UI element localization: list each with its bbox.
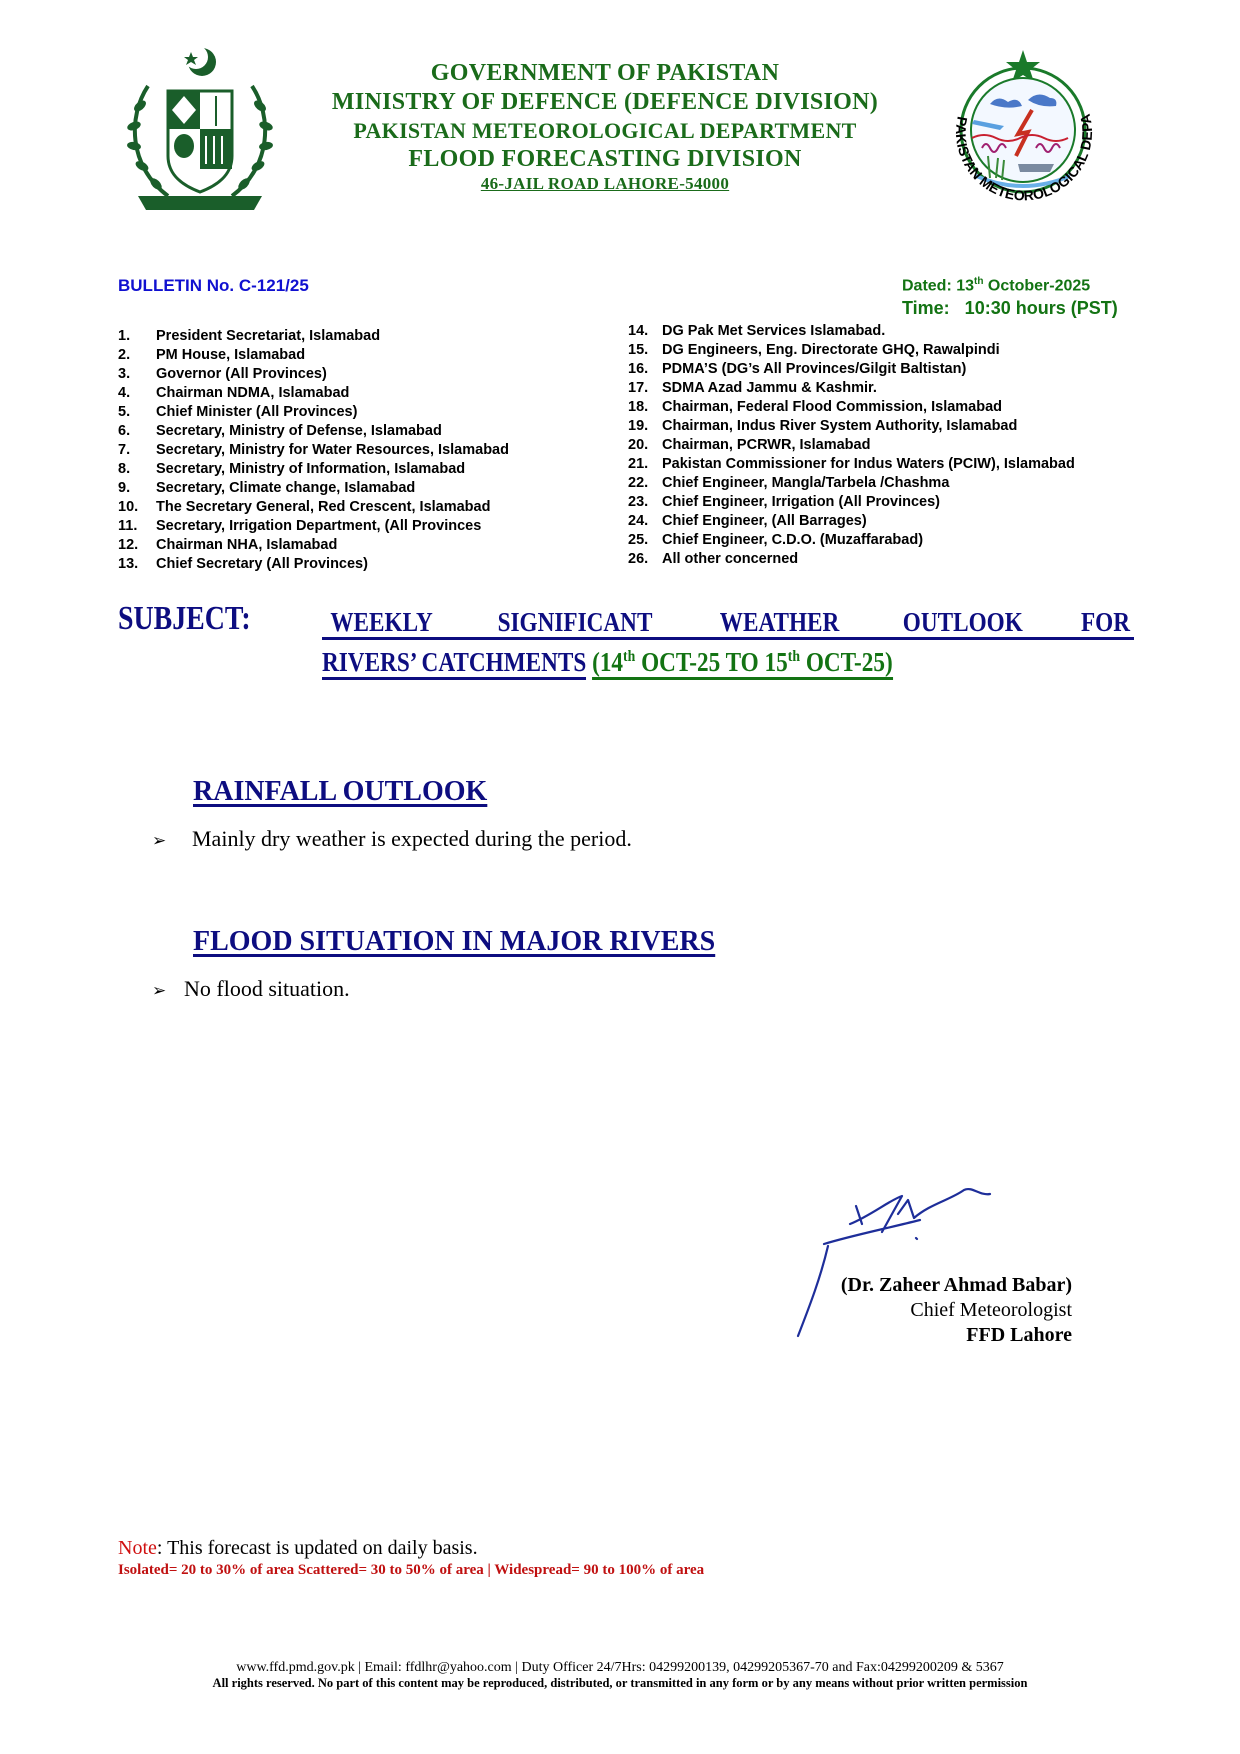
distribution-item-number: 1.	[118, 327, 156, 346]
subject-catchments: RIVERS’ CATCHMENTS	[322, 647, 586, 680]
distribution-item: 23.Chief Engineer, Irrigation (All Provi…	[628, 493, 1075, 512]
distribution-item: 21.Pakistan Commissioner for Indus Water…	[628, 455, 1075, 474]
distribution-item: 8.Secretary, Ministry of Information, Is…	[118, 460, 509, 479]
distribution-item-text: President Secretariat, Islamabad	[156, 327, 380, 346]
distribution-item-text: DG Pak Met Services Islamabad.	[662, 322, 885, 341]
distribution-item: 12.Chairman NHA, Islamabad	[118, 536, 509, 555]
distribution-item: 13.Chief Secretary (All Provinces)	[118, 555, 509, 574]
coverage-legend: Isolated= 20 to 30% of area Scattered= 3…	[118, 1562, 704, 1579]
distribution-list-right: 14.DG Pak Met Services Islamabad.15.DG E…	[628, 322, 1075, 569]
distribution-item: 18.Chairman, Federal Flood Commission, I…	[628, 398, 1075, 417]
subject-word: WEATHER	[719, 607, 839, 637]
distribution-item: 10.The Secretary General, Red Crescent, …	[118, 498, 509, 517]
distribution-item: 14.DG Pak Met Services Islamabad.	[628, 322, 1075, 341]
distribution-item: 15.DG Engineers, Eng. Directorate GHQ, R…	[628, 341, 1075, 360]
distribution-item-number: 24.	[628, 512, 662, 531]
distribution-item-text: Chief Engineer, (All Barrages)	[662, 512, 867, 531]
subject-line-1: WEEKLYSIGNIFICANTWEATHEROUTLOOKFOR	[322, 607, 1134, 640]
distribution-item: 25.Chief Engineer, C.D.O. (Muzaffarabad)	[628, 531, 1075, 550]
distribution-item: 9.Secretary, Climate change, Islamabad	[118, 479, 509, 498]
distribution-item-number: 5.	[118, 403, 156, 422]
distribution-item-number: 25.	[628, 531, 662, 550]
distribution-item-number: 21.	[628, 455, 662, 474]
period-sup-2: th	[788, 648, 800, 665]
distribution-item-number: 18.	[628, 398, 662, 417]
distribution-item-number: 4.	[118, 384, 156, 403]
distribution-item-number: 13.	[118, 555, 156, 574]
distribution-item-text: All other concerned	[662, 550, 798, 569]
forecast-note: Note: This forecast is updated on daily …	[118, 1537, 478, 1560]
distribution-item-number: 15.	[628, 341, 662, 360]
note-label: Note	[118, 1537, 157, 1559]
bulletin-number: BULLETIN No. C-121/25	[118, 276, 309, 296]
distribution-item: 11.Secretary, Irrigation Department, (Al…	[118, 517, 509, 536]
distribution-item: 6.Secretary, Ministry of Defense, Islama…	[118, 422, 509, 441]
period-mid: OCT-25 TO 15	[635, 647, 787, 677]
distribution-item-number: 20.	[628, 436, 662, 455]
footer-rights: All rights reserved. No part of this con…	[0, 1676, 1240, 1691]
distribution-item-text: SDMA Azad Jammu & Kashmir.	[662, 379, 877, 398]
distribution-item-text: Secretary, Climate change, Islamabad	[156, 479, 415, 498]
flood-situation-heading: FLOOD SITUATION IN MAJOR RIVERS	[193, 926, 715, 958]
distribution-item: 7.Secretary, Ministry for Water Resource…	[118, 441, 509, 460]
distribution-item-number: 2.	[118, 346, 156, 365]
distribution-item-text: Secretary, Irrigation Department, (All P…	[156, 517, 481, 536]
distribution-item-number: 9.	[118, 479, 156, 498]
distribution-item-text: Chairman, Federal Flood Commission, Isla…	[662, 398, 1002, 417]
distribution-item: 22.Chief Engineer, Mangla/Tarbela /Chash…	[628, 474, 1075, 493]
distribution-item-text: Pakistan Commissioner for Indus Waters (…	[662, 455, 1075, 474]
dated-rest: October-2025	[983, 277, 1090, 294]
arrow-bullet-icon: ➢	[152, 831, 192, 851]
distribution-item: 26.All other concerned	[628, 550, 1075, 569]
bulletin-time: Time: 10:30 hours (PST)	[902, 298, 1118, 319]
subject-period: (14th OCT-25 TO 15th OCT-25)	[592, 647, 893, 680]
distribution-item-number: 22.	[628, 474, 662, 493]
rainfall-outlook-item: ➢ Mainly dry weather is expected during …	[152, 826, 632, 852]
signatory-name: (Dr. Zaheer Ahmad Babar)	[806, 1274, 1072, 1297]
distribution-item-number: 16.	[628, 360, 662, 379]
distribution-list-left: 1.President Secretariat, Islamabad2.PM H…	[118, 327, 509, 574]
subject-word: SIGNIFICANT	[498, 607, 653, 637]
distribution-item-text: Secretary, Ministry of Information, Isla…	[156, 460, 465, 479]
bulletin-date: Dated: 13th October-2025	[902, 276, 1090, 295]
state-emblem-logo	[118, 46, 282, 214]
distribution-item: 4.Chairman NDMA, Islamabad	[118, 384, 509, 403]
header-division: FLOOD FORECASTING DIVISION	[290, 146, 920, 173]
distribution-item: 5.Chief Minister (All Provinces)	[118, 403, 509, 422]
distribution-item-text: Chairman, PCRWR, Islamabad	[662, 436, 870, 455]
distribution-item: 16.PDMA’S (DG’s All Provinces/Gilgit Bal…	[628, 360, 1075, 379]
distribution-item-text: Chief Engineer, Irrigation (All Province…	[662, 493, 940, 512]
distribution-item-text: PM House, Islamabad	[156, 346, 305, 365]
distribution-item: 1.President Secretariat, Islamabad	[118, 327, 509, 346]
subject-word: WEEKLY	[330, 607, 432, 637]
distribution-item-number: 19.	[628, 417, 662, 436]
distribution-item-number: 11.	[118, 517, 156, 536]
distribution-item-number: 7.	[118, 441, 156, 460]
distribution-item: 3.Governor (All Provinces)	[118, 365, 509, 384]
distribution-item: 19.Chairman, Indus River System Authorit…	[628, 417, 1075, 436]
distribution-item: 17.SDMA Azad Jammu & Kashmir.	[628, 379, 1075, 398]
distribution-item-text: Secretary, Ministry for Water Resources,…	[156, 441, 509, 460]
header-government: GOVERNMENT OF PAKISTAN	[290, 60, 920, 87]
distribution-item-text: Chairman NDMA, Islamabad	[156, 384, 349, 403]
distribution-item-number: 6.	[118, 422, 156, 441]
distribution-item-number: 17.	[628, 379, 662, 398]
distribution-item-number: 10.	[118, 498, 156, 517]
subject-line-2: RIVERS’ CATCHMENTS (14th OCT-25 TO 15th …	[322, 642, 893, 677]
header-address: 46-JAIL ROAD LAHORE-54000	[290, 174, 920, 194]
distribution-item-text: DG Engineers, Eng. Directorate GHQ, Rawa…	[662, 341, 1000, 360]
period-sup-1: th	[623, 648, 635, 665]
distribution-item-text: Chief Secretary (All Provinces)	[156, 555, 368, 574]
period-open: (14	[592, 647, 623, 677]
header-department: PAKISTAN METEOROLOGICAL DEPARTMENT	[290, 118, 920, 144]
distribution-item-text: Chief Engineer, Mangla/Tarbela /Chashma	[662, 474, 949, 493]
subject-word: OUTLOOK	[903, 607, 1023, 637]
rainfall-outlook-text: Mainly dry weather is expected during th…	[192, 826, 632, 852]
distribution-item-text: Chairman NHA, Islamabad	[156, 536, 337, 555]
distribution-item-text: Chief Minister (All Provinces)	[156, 403, 357, 422]
distribution-item-text: Chief Engineer, C.D.O. (Muzaffarabad)	[662, 531, 923, 550]
period-close: OCT-25)	[800, 647, 893, 677]
distribution-item-text: PDMA’S (DG’s All Provinces/Gilgit Baltis…	[662, 360, 966, 379]
distribution-item: 2.PM House, Islamabad	[118, 346, 509, 365]
distribution-item: 24.Chief Engineer, (All Barrages)	[628, 512, 1075, 531]
note-text: : This forecast is updated on daily basi…	[157, 1537, 478, 1559]
distribution-item-text: The Secretary General, Red Crescent, Isl…	[156, 498, 490, 517]
distribution-item: 20.Chairman, PCRWR, Islamabad	[628, 436, 1075, 455]
signatory-title: Chief Meteorologist	[806, 1299, 1072, 1322]
flood-situation-item: ➢ No flood situation.	[152, 976, 350, 1002]
distribution-item-number: 8.	[118, 460, 156, 479]
distribution-item-text: Chairman, Indus River System Authority, …	[662, 417, 1017, 436]
pmd-logo: PAKISTAN METEOROLOGICAL DEPARTMENT	[928, 46, 1118, 222]
flood-situation-text: No flood situation.	[184, 976, 350, 1002]
distribution-item-number: 12.	[118, 536, 156, 555]
distribution-item-text: Secretary, Ministry of Defense, Islamaba…	[156, 422, 442, 441]
rainfall-outlook-heading: RAINFALL OUTLOOK	[193, 776, 487, 808]
distribution-item-number: 3.	[118, 365, 156, 384]
distribution-item-text: Governor (All Provinces)	[156, 365, 327, 384]
distribution-item-number: 14.	[628, 322, 662, 341]
distribution-item-number: 23.	[628, 493, 662, 512]
dated-label: Dated:	[902, 277, 956, 294]
distribution-item-number: 26.	[628, 550, 662, 569]
dated-day: 13	[956, 277, 974, 294]
signatory-office: FFD Lahore	[806, 1324, 1072, 1347]
header-ministry: MINISTRY OF DEFENCE (DEFENCE DIVISION)	[290, 89, 920, 116]
arrow-bullet-icon: ➢	[152, 981, 184, 1001]
subject-label: SUBJECT:	[118, 600, 251, 638]
footer-contact: www.ffd.pmd.gov.pk | Email: ffdlhr@yahoo…	[0, 1660, 1240, 1676]
subject-word: FOR	[1081, 607, 1130, 637]
